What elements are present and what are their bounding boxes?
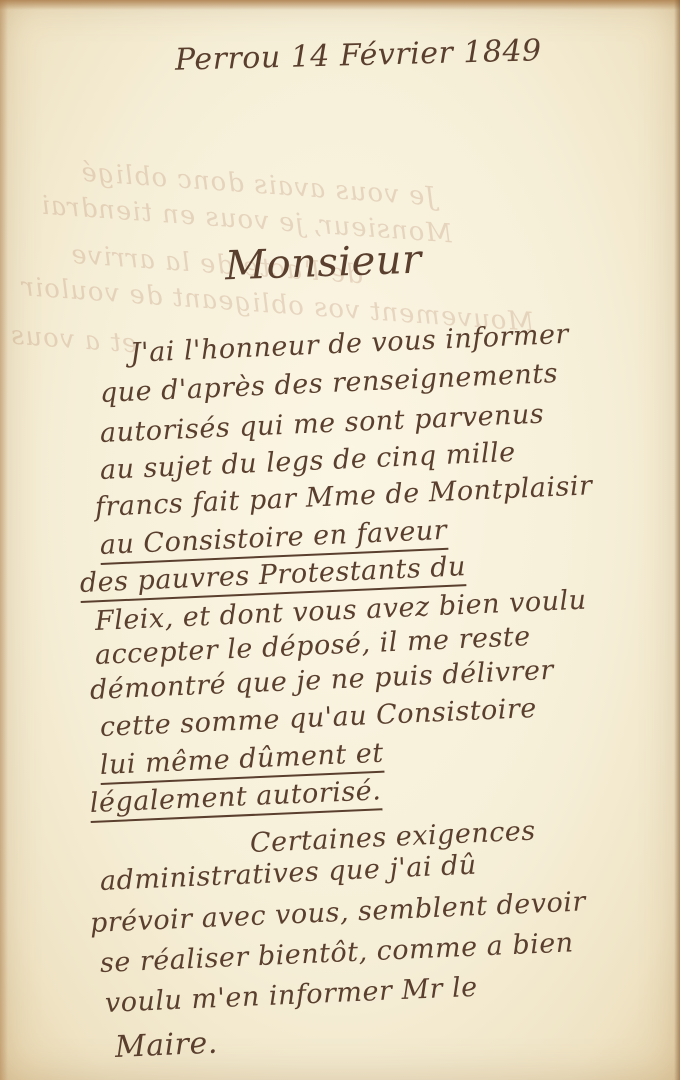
letter-line: Maire. (114, 1026, 218, 1065)
paper-edge-top (0, 0, 680, 10)
paper-edge-left (0, 0, 8, 1080)
bleed-through-text: et a vous (9, 321, 138, 360)
letter-line: voulu m'en informer Mr le (104, 972, 478, 1019)
paper-edge-right (674, 0, 680, 1080)
salutation: Monsieur (224, 237, 422, 290)
dateline: Perrou 14 Février 1849 (175, 33, 542, 78)
letter-page: Je vous avais donc obligé Monsieur, je v… (0, 0, 680, 1080)
